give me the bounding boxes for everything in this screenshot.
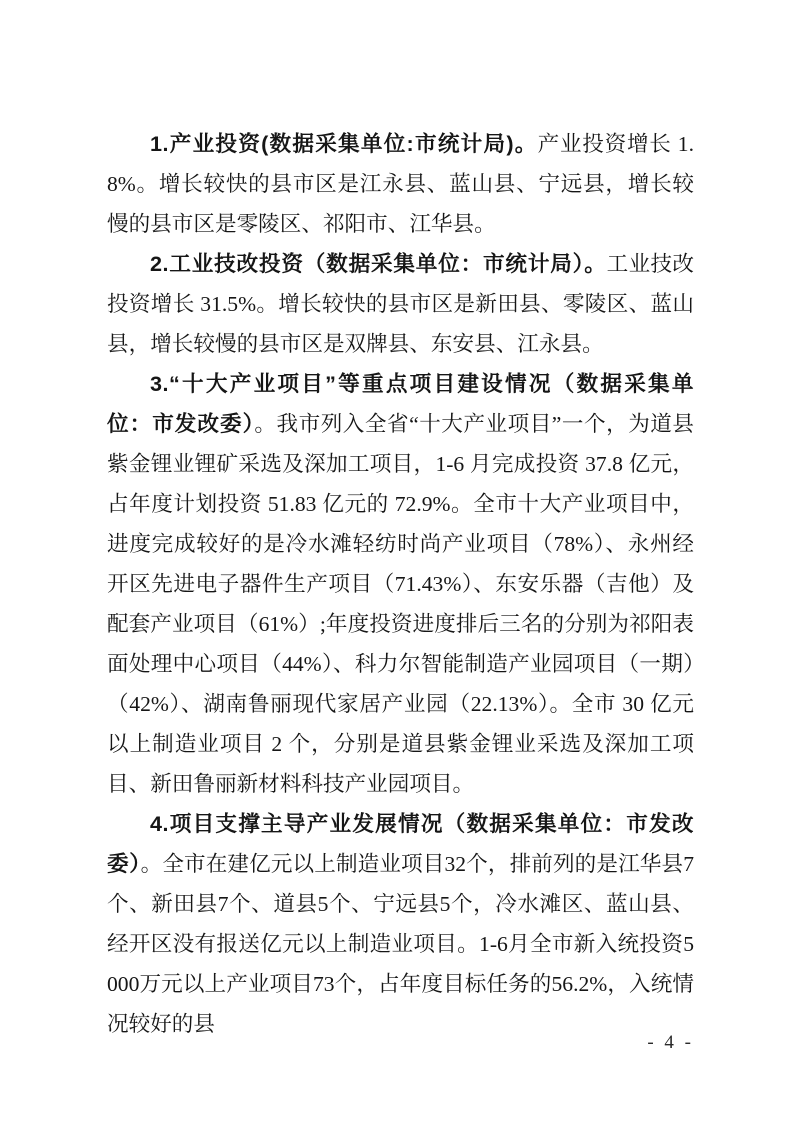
paragraph-ten-major-projects: 3.“十大产业项目”等重点项目建设情况（数据采集单位：市发改委）。我市列入全省“… xyxy=(107,364,694,804)
page-number: - 4 - xyxy=(647,1031,694,1055)
paragraph-industrial-upgrade-investment: 2.工业技改投资（数据采集单位：市统计局）。工业技改投资增长 31.5%。增长较… xyxy=(107,244,694,364)
section-body-4: 。全市在建亿元以上制造业项目32个，排前列的是江华县7个、新田县7个、道县5个、… xyxy=(107,852,694,1036)
document-body: 1.产业投资(数据采集单位:市统计局)。产业投资增长 1.8%。增长较快的县市区… xyxy=(107,124,694,1044)
section-heading-1: 1.产业投资(数据采集单位:市统计局)。 xyxy=(150,131,538,156)
section-body-3: 。我市列入全省“十大产业项目”一个，为道县紫金锂业锂矿采选及深加工项目，1-6 … xyxy=(107,412,694,796)
paragraph-project-support-industry: 4.项目支撑主导产业发展情况（数据采集单位：市发改委）。全市在建亿元以上制造业项… xyxy=(107,804,694,1044)
document-page: 1.产业投资(数据采集单位:市统计局)。产业投资增长 1.8%。增长较快的县市区… xyxy=(0,0,793,1122)
paragraph-industry-investment: 1.产业投资(数据采集单位:市统计局)。产业投资增长 1.8%。增长较快的县市区… xyxy=(107,124,694,244)
section-heading-2: 2.工业技改投资（数据采集单位：市统计局）。 xyxy=(150,251,607,276)
